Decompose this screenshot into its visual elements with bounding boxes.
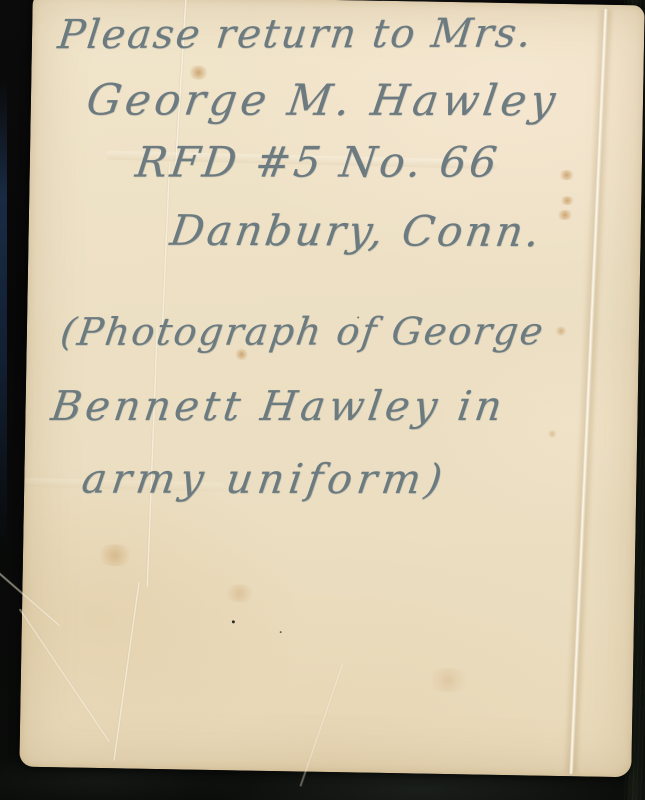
paper-stain: [556, 210, 574, 220]
paper-stain: [95, 544, 135, 567]
paper-crease-left: [112, 582, 140, 761]
paper-stain: [547, 430, 557, 438]
paper-crease-bottom: [299, 663, 344, 787]
paper-speck: [280, 631, 282, 633]
handwriting-caption-line-1: (Photograph of George: [58, 309, 548, 354]
paper-crease-corner: [18, 608, 110, 742]
handwriting-line-route: RFD #5 No. 66: [133, 138, 503, 187]
handwriting-caption-line-3: army uniform): [79, 455, 450, 504]
handwriting-line-return-to: Please return to Mrs.: [55, 10, 535, 58]
paper-stain: [425, 668, 471, 693]
handwriting-line-city: Danbury, Conn.: [167, 206, 546, 256]
handwriting-caption-line-2: Bennett Hawley in: [48, 382, 509, 430]
paper-stain: [555, 326, 567, 336]
sleeve-edge-left: [0, 80, 7, 550]
handwriting-line-name: George M. Hawley: [83, 75, 562, 126]
paper-stain: [222, 584, 256, 603]
paper-stain: [558, 170, 576, 180]
scan-stage: Please return to Mrs. George M. Hawley R…: [0, 0, 645, 800]
paper-stain: [559, 196, 575, 205]
paper-tear-right: [569, 9, 609, 774]
photo-back-paper: Please return to Mrs. George M. Hawley R…: [19, 0, 644, 777]
paper-speck: [232, 620, 235, 623]
